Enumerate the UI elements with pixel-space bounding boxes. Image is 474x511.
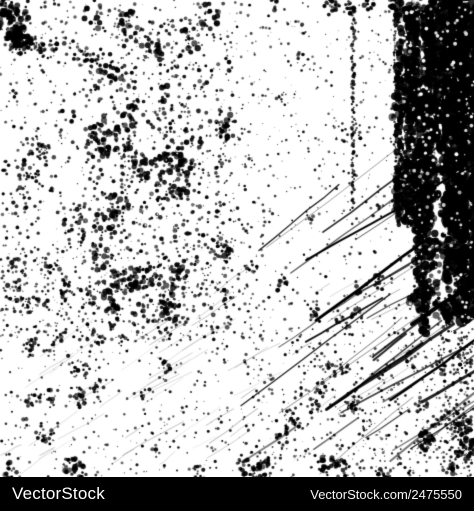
grunge-texture-image	[0, 0, 474, 477]
stock-image-preview: VectorStock VectorStock.com/2475550	[0, 0, 474, 511]
watermark-bar: VectorStock VectorStock.com/2475550	[0, 477, 474, 511]
image-reference-text: VectorStock.com/2475550	[310, 487, 462, 502]
vectorstock-logo: VectorStock	[12, 484, 105, 504]
